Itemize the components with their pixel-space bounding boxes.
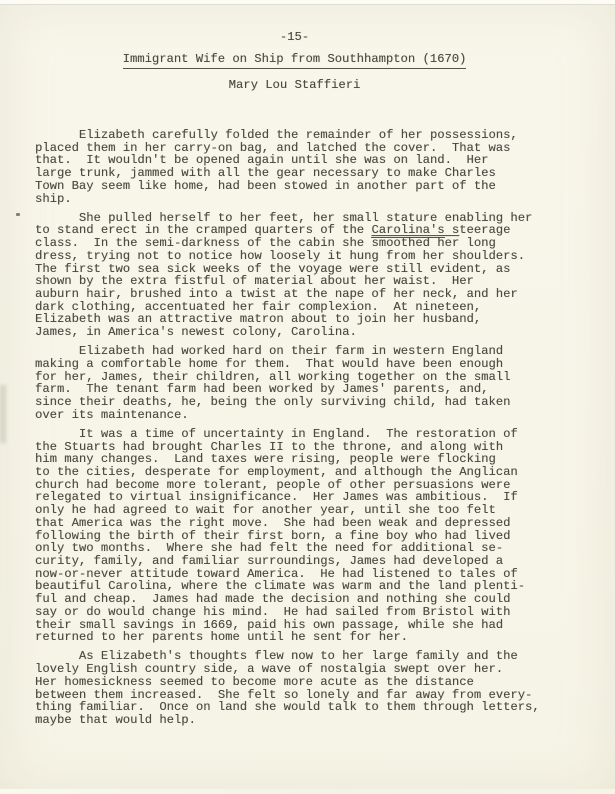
- paragraph-5: As Elizabeth's thoughts flew now to her …: [35, 650, 554, 726]
- paragraph-1: Elizabeth carefully folded the remainder…: [35, 129, 554, 205]
- paragraph-2-text: long dress, trying not to notice how loo…: [35, 236, 525, 339]
- document-title-text: Immigrant Wife on Ship from Southhampton…: [123, 52, 467, 69]
- margin-smudge: [0, 385, 6, 443]
- page-number: -15-: [35, 31, 554, 44]
- ink-speck: [16, 213, 20, 216]
- scan-top-edge: [0, 0, 615, 5]
- document-author: Mary Lou Staffieri: [35, 79, 554, 92]
- document-body: Elizabeth carefully folded the remainder…: [35, 129, 554, 733]
- document-title: Immigrant Wife on Ship from Southhampton…: [35, 53, 554, 66]
- paragraph-3: Elizabeth had worked hard on their farm …: [35, 345, 554, 421]
- paragraph-2: She pulled herself to her feet, her smal…: [35, 212, 554, 339]
- paragraph-4: It was a time of uncertainty in England.…: [35, 428, 554, 644]
- scan-bottom-edge: [0, 789, 615, 794]
